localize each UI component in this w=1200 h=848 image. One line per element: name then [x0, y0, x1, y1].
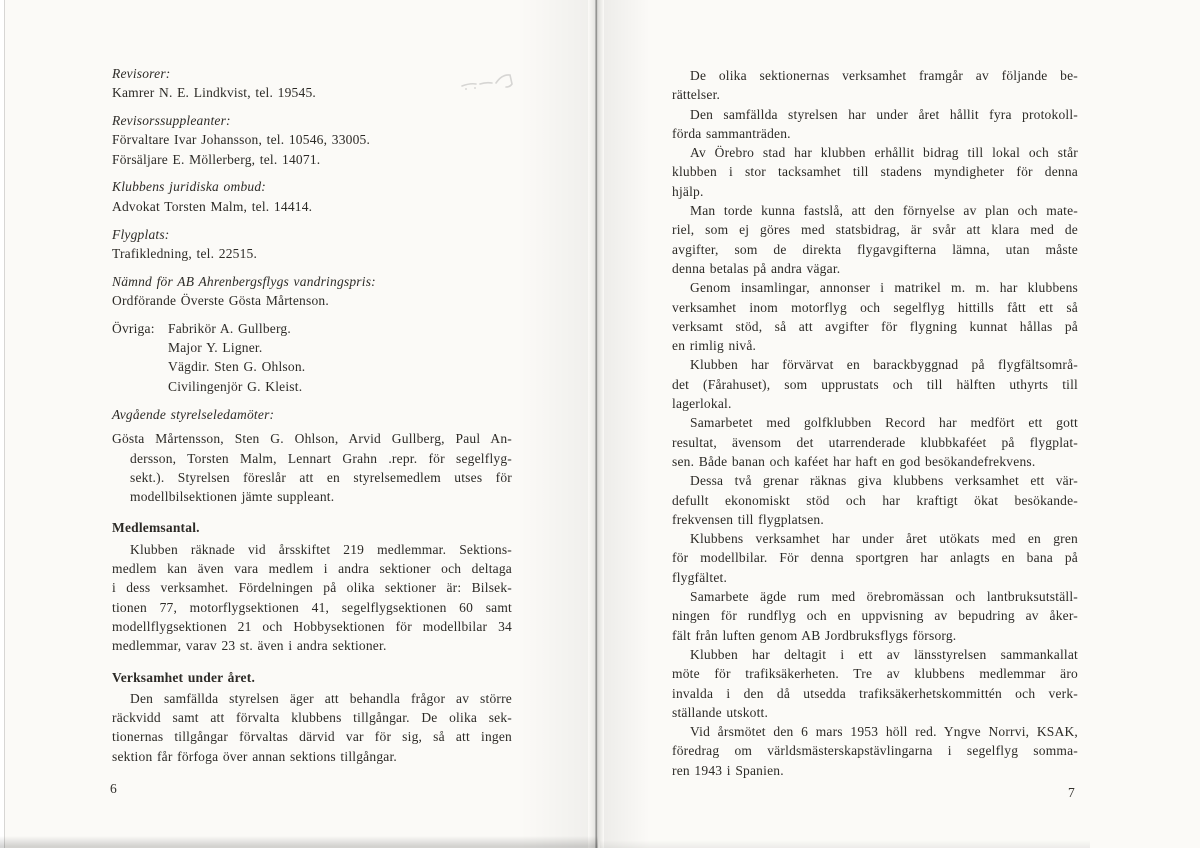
text-line: Klubben räknade vid årsskiftet 219 medle… — [112, 540, 512, 559]
text-line: Gösta Mårtensson, Sten G. Ohlson, Arvid … — [112, 429, 512, 448]
bottom-scan-shadow-left — [0, 836, 598, 848]
paragraph: Den samfällda styrelsen har under året h… — [672, 105, 1078, 144]
text-line: Samarbetet med golfklubben Record har me… — [672, 413, 1078, 432]
paragraph: Dessa två grenar räknas giva klubbens ve… — [672, 471, 1078, 529]
text-line: rättelser. — [672, 85, 1078, 104]
text-line: Genom insamlingar, annonser i matrikel m… — [672, 278, 1078, 297]
text-line: frekvensen till flygplatsen. — [672, 510, 1078, 529]
ovriga-label: Övriga: — [112, 319, 168, 396]
text-line: föredrag om världsmästerskapstävlingarna… — [672, 741, 1078, 760]
text-line: ningen för rundflyg och en uppvisning av… — [672, 606, 1078, 625]
ovriga-names: Fabrikör A. Gullberg.Major Y. Ligner.Väg… — [168, 319, 512, 396]
paragraph: Av Örebro stad har klubben erhållit bidr… — [672, 143, 1078, 201]
text-line: en rimlig nivå. — [672, 336, 1078, 355]
entry-lines: Ordförande Överste Gösta Mårtenson. — [112, 291, 512, 310]
text-line: verksamhet inom motorflyg och segelflyg … — [672, 298, 1078, 317]
text-line: Försäljare E. Möllerberg, tel. 14071. — [112, 150, 512, 169]
text-line: avgifter, som de direkta flygavgifterna … — [672, 240, 1078, 259]
officer-entry: Klubbens juridiska ombud: Advokat Torste… — [112, 177, 512, 216]
paragraph: Vid årsmötet den 6 mars 1953 höll red. Y… — [672, 722, 1078, 780]
text-line: medlem kan även vara medlem i andra sekt… — [112, 559, 512, 578]
text-line: Klubben har förvärvat en barackbyggnad p… — [672, 355, 1078, 374]
text-line: Klubbens verksamhet har under året utöka… — [672, 529, 1078, 548]
text-line: förda sammanträden. — [672, 124, 1078, 143]
paragraph: Klubbens verksamhet har under året utöka… — [672, 529, 1078, 587]
text-line: Civilingenjör G. Kleist. — [168, 377, 512, 396]
left-page-edge-line — [4, 0, 5, 848]
entry-label: Revisorssuppleanter: — [112, 111, 512, 130]
book-gutter-line — [588, 0, 604, 848]
text-line: Kamrer N. E. Lindkvist, tel. 19545. — [112, 83, 512, 102]
text-line: hjälp. — [672, 182, 1078, 201]
bottom-scan-shadow-right — [600, 840, 1090, 848]
text-line: möte för trafiksäkerheten. Tre av klubbe… — [672, 664, 1078, 683]
paragraph: Samarbetet med golfklubben Record har me… — [672, 413, 1078, 471]
text-line: modellflygsektionen 21 och Hobbysektione… — [112, 617, 512, 636]
text-line: det (Fårahuset), som upprustats och till… — [672, 375, 1078, 394]
text-line: resultat, ävensom det utarrenderade klub… — [672, 433, 1078, 452]
section-paragraph: Den samfällda styrelsen äger att behandl… — [112, 689, 512, 766]
text-line: räckvidd samt att förvalta klubbens till… — [112, 708, 512, 727]
officer-entry: Revisorssuppleanter: Förvaltare Ivar Joh… — [112, 111, 512, 169]
text-line: De olika sektionernas verksamhet framgår… — [672, 66, 1078, 85]
entry-lines: Förvaltare Ivar Johansson, tel. 10546, 3… — [112, 130, 512, 169]
text-line: Vid årsmötet den 6 mars 1953 höll red. Y… — [672, 722, 1078, 741]
text-line: Trafikledning, tel. 22515. — [112, 244, 512, 263]
text-line: i dess verksamhet. Fördelningen på olika… — [112, 578, 512, 597]
text-line: riel, som ej göres med statsbidrag, är s… — [672, 220, 1078, 239]
text-line: sektion får förfoga över annan sektions … — [112, 747, 512, 766]
entry-label: Nämnd för AB Ahrenbergsflygs vandringspr… — [112, 272, 512, 291]
left-text-column: Revisorer: Kamrer N. E. Lindkvist, tel. … — [112, 64, 512, 766]
text-line: invalda i den då utsedda trafiksäkerhets… — [672, 684, 1078, 703]
text-line: Av Örebro stad har klubben erhållit bidr… — [672, 143, 1078, 162]
text-line: modellbilsektionen jämte suppleant. — [112, 487, 512, 506]
section-heading: Medlemsantal. — [112, 518, 512, 537]
text-line: Samarbete ägde rum med örebromässan och … — [672, 587, 1078, 606]
text-line: verksamt stöd, så att avgifter för flygn… — [672, 317, 1078, 336]
text-line: Man torde kunna fastslå, att den förnyel… — [672, 201, 1078, 220]
paragraph: Samarbete ägde rum med örebromässan och … — [672, 587, 1078, 645]
text-line: ställande utskott. — [672, 703, 1078, 722]
text-line: Fabrikör A. Gullberg. — [168, 319, 512, 338]
text-line: fält från luften genom AB Jordbruksflygs… — [672, 626, 1078, 645]
text-line: Den samfällda styrelsen äger att behandl… — [112, 689, 512, 708]
text-line: Major Y. Ligner. — [168, 338, 512, 357]
book-spread: Revisorer: Kamrer N. E. Lindkvist, tel. … — [0, 0, 1200, 848]
text-line: klubben i stor tacksamhet till stadens m… — [672, 162, 1078, 181]
section-paragraph: Klubben räknade vid årsskiftet 219 medle… — [112, 540, 512, 656]
paragraph: Klubben har deltagit i ett av länsstyrel… — [672, 645, 1078, 722]
entry-label: Flygplats: — [112, 225, 512, 244]
section-heading: Verksamhet under året. — [112, 668, 512, 687]
section-medlemsantal: Medlemsantal. Klubben räknade vid årsski… — [112, 518, 512, 655]
page-number-right: 7 — [1068, 785, 1075, 801]
text-line: defullt ekonomiskt stöd och har kraftigt… — [672, 491, 1078, 510]
text-line: Vägdir. Sten G. Ohlson. — [168, 357, 512, 376]
page-number-left: 6 — [110, 781, 117, 797]
avgaende-label: Avgående styrelseledamöter: — [112, 405, 512, 424]
text-line: Den samfällda styrelsen har under året h… — [672, 105, 1078, 124]
text-line: Ordförande Överste Gösta Mårtenson. — [112, 291, 512, 310]
entry-label: Revisorer: — [112, 64, 512, 83]
text-line: Klubben har deltagit i ett av länsstyrel… — [672, 645, 1078, 664]
text-line: Advokat Torsten Malm, tel. 14414. — [112, 197, 512, 216]
officer-entry: Flygplats: Trafikledning, tel. 22515. — [112, 225, 512, 264]
gutter-shadow-right — [604, 0, 650, 848]
text-line: medlemmar, varav 23 st. även i andra sek… — [112, 636, 512, 655]
officer-entry: Revisorer: Kamrer N. E. Lindkvist, tel. … — [112, 64, 512, 103]
entry-lines: Kamrer N. E. Lindkvist, tel. 19545. — [112, 83, 512, 102]
text-line: sen. Både banan och kaféet har haft en g… — [672, 452, 1078, 471]
entry-label: Klubbens juridiska ombud: — [112, 177, 512, 196]
paragraph: Man torde kunna fastslå, att den förnyel… — [672, 201, 1078, 278]
text-line: lagerlokal. — [672, 394, 1078, 413]
text-line: flygfältet. — [672, 568, 1078, 587]
text-line: sekt.). Styrelsen föreslår att en styrel… — [112, 468, 512, 487]
gutter-shadow-left — [520, 0, 588, 848]
entry-lines: Trafikledning, tel. 22515. — [112, 244, 512, 263]
text-line: dersson, Torsten Malm, Lennart Grahn .re… — [112, 449, 512, 468]
text-line: tionen 77, motorflygsektionen 41, segelf… — [112, 598, 512, 617]
ovriga-block: Övriga: Fabrikör A. Gullberg.Major Y. Li… — [112, 319, 512, 396]
officer-entry: Nämnd för AB Ahrenbergsflygs vandringspr… — [112, 272, 512, 311]
entry-lines: Advokat Torsten Malm, tel. 14414. — [112, 197, 512, 216]
paragraph: Genom insamlingar, annonser i matrikel m… — [672, 278, 1078, 355]
section-verksamhet: Verksamhet under året. Den samfällda sty… — [112, 668, 512, 766]
right-text-column: De olika sektionernas verksamhet framgår… — [672, 66, 1078, 780]
avgaende-paragraph: Gösta Mårtensson, Sten G. Ohlson, Arvid … — [112, 429, 512, 506]
text-line: ren 1943 i Spanien. — [672, 761, 1078, 780]
text-line: Förvaltare Ivar Johansson, tel. 10546, 3… — [112, 130, 512, 149]
text-line: tionernas tillgångar förvaltas därvid va… — [112, 727, 512, 746]
text-line: för modellbilar. För denna sportgren har… — [672, 548, 1078, 567]
avgaende-block: Avgående styrelseledamöter: Gösta Mårten… — [112, 405, 512, 506]
paragraph: Klubben har förvärvat en barackbyggnad p… — [672, 355, 1078, 413]
text-line: denna betalas på andra vägar. — [672, 259, 1078, 278]
text-line: Dessa två grenar räknas giva klubbens ve… — [672, 471, 1078, 490]
paragraph: De olika sektionernas verksamhet framgår… — [672, 66, 1078, 105]
